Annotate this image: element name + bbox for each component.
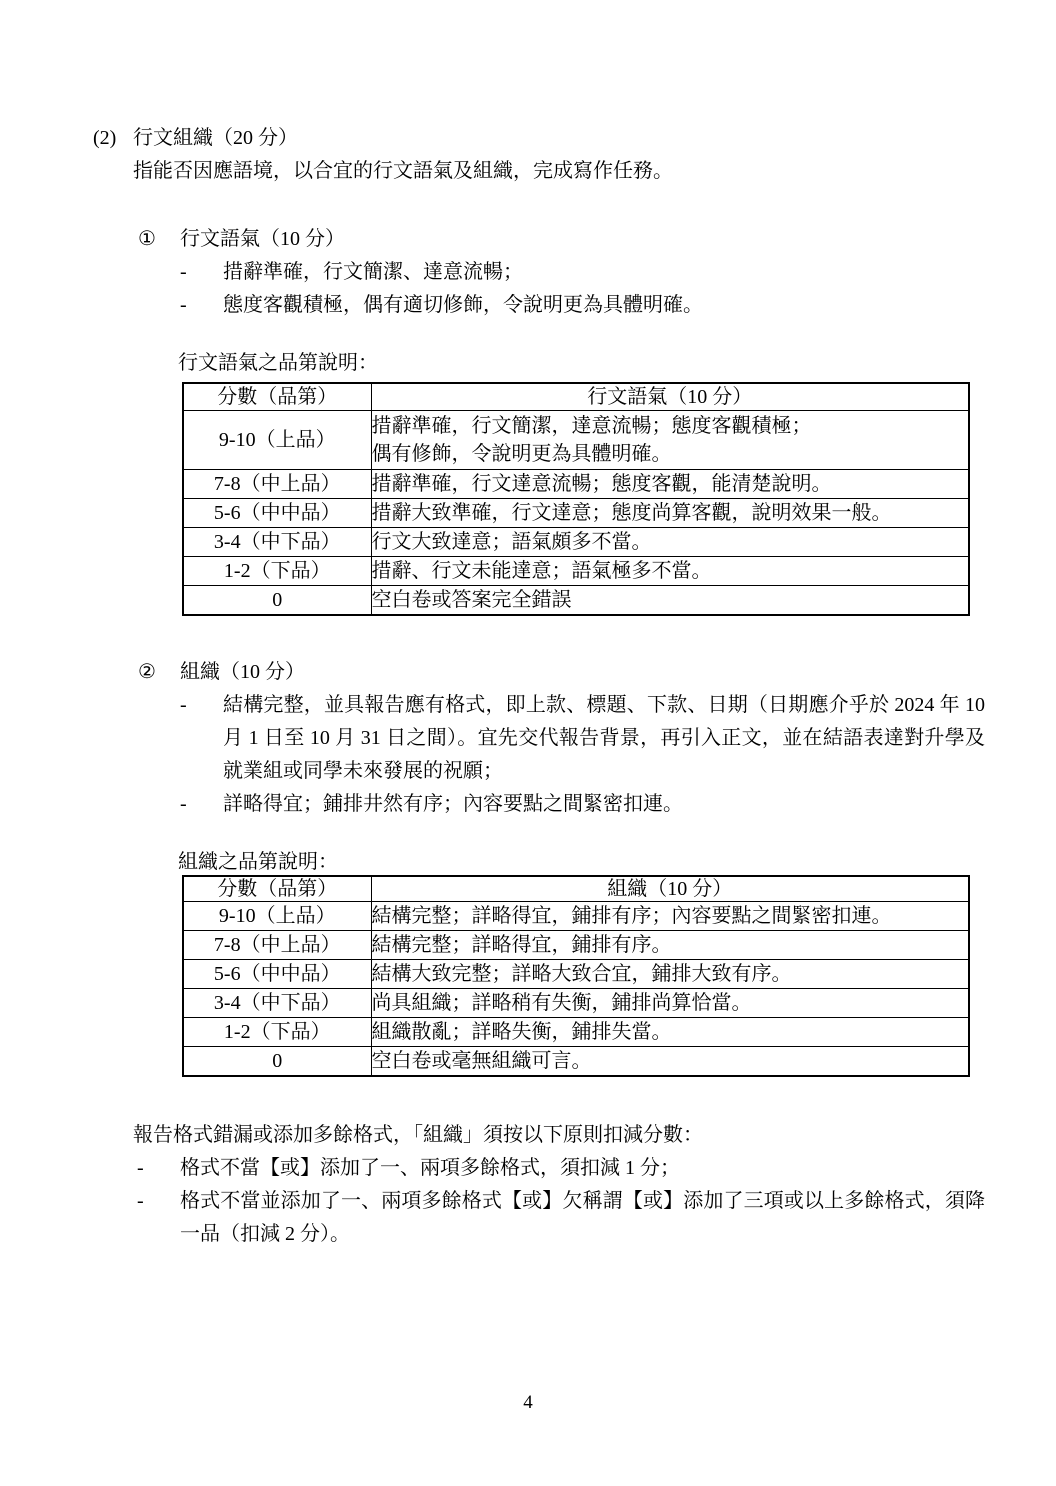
subsection-organization-title: 組織（10 分） bbox=[180, 656, 305, 689]
organization-col1-header: 分數（品第） bbox=[183, 876, 371, 902]
grade-cell: 9-10（上品） bbox=[183, 902, 371, 931]
dash-bullet: - bbox=[180, 689, 223, 722]
organization-bullet-1-text: 結構完整，並具報告應有格式，即上款、標題、下款、日期（日期應介乎於 2024 年… bbox=[223, 689, 985, 788]
desc-cell: 措辭準確，行文達意流暢；態度客觀，能清楚說明。 bbox=[371, 470, 969, 499]
section-label: (2) bbox=[93, 122, 133, 155]
grade-cell: 1-2（下品） bbox=[183, 557, 371, 586]
organization-col2-header: 組織（10 分） bbox=[371, 876, 969, 902]
subsection-tone-title: 行文語氣（10 分） bbox=[180, 223, 345, 256]
table-row: 9-10（上品） 結構完整；詳略得宜，鋪排有序；內容要點之間緊密扣連。 bbox=[183, 902, 969, 931]
tone-bullet-1-text: 措辭準確，行文簡潔、達意流暢； bbox=[223, 256, 985, 289]
table-row: 0 空白卷或毫無組織可言。 bbox=[183, 1047, 969, 1077]
dash-bullet: - bbox=[180, 788, 223, 821]
desc-cell: 措辭準確，行文簡潔，達意流暢；態度客觀積極； 偶有修飾，令說明更為具體明確。 bbox=[371, 411, 969, 470]
tone-bullet-2: - 態度客觀積極，偶有適切修飾，令說明更為具體明確。 bbox=[180, 289, 1056, 322]
tone-rubric-table: 分數（品第） 行文語氣（10 分） 9-10（上品） 措辭準確，行文簡潔，達意流… bbox=[182, 382, 970, 616]
section-intro: 指能否因應語境，以合宜的行文語氣及組織，完成寫作任務。 bbox=[133, 155, 1056, 188]
organization-bullet-1: - 結構完整，並具報告應有格式，即上款、標題、下款、日期（日期應介乎於 2024… bbox=[180, 689, 1056, 788]
tone-bullet-2-text: 態度客觀積極，偶有適切修飾，令說明更為具體明確。 bbox=[223, 289, 985, 322]
tone-table-caption: 行文語氣之品第說明： bbox=[178, 350, 1056, 376]
grade-cell: 5-6（中中品） bbox=[183, 499, 371, 528]
tone-bullet-1: - 措辭準確，行文簡潔、達意流暢； bbox=[180, 256, 1056, 289]
grade-cell: 3-4（中下品） bbox=[183, 989, 371, 1018]
grade-cell: 9-10（上品） bbox=[183, 411, 371, 470]
subsection-tone-label: ① bbox=[138, 223, 180, 256]
table-row: 3-4（中下品） 行文大致達意；語氣頗多不當。 bbox=[183, 528, 969, 557]
tone-col2-header: 行文語氣（10 分） bbox=[371, 383, 969, 411]
grade-cell: 1-2（下品） bbox=[183, 1018, 371, 1047]
table-row: 3-4（中下品） 尚具組織；詳略稍有失衡，鋪排尚算恰當。 bbox=[183, 989, 969, 1018]
dash-bullet: - bbox=[180, 256, 223, 289]
section-heading: (2) 行文組織（20 分） bbox=[93, 122, 1056, 155]
table-row: 1-2（下品） 組織散亂；詳略失衡，鋪排失當。 bbox=[183, 1018, 969, 1047]
table-row: 9-10（上品） 措辭準確，行文簡潔，達意流暢；態度客觀積極； 偶有修飾，令說明… bbox=[183, 411, 969, 470]
desc-cell: 組織散亂；詳略失衡，鋪排失當。 bbox=[371, 1018, 969, 1047]
dash-bullet: - bbox=[137, 1185, 180, 1218]
dash-bullet: - bbox=[137, 1152, 180, 1185]
deduction-bullet-2-text: 格式不當並添加了一、兩項多餘格式【或】欠稱謂【或】添加了三項或以上多餘格式，須降… bbox=[180, 1185, 985, 1251]
table-header-row: 分數（品第） 行文語氣（10 分） bbox=[183, 383, 969, 411]
document-page: (2) 行文組織（20 分） 指能否因應語境，以合宜的行文語氣及組織，完成寫作任… bbox=[0, 0, 1056, 1486]
table-row: 7-8（中上品） 結構完整；詳略得宜，鋪排有序。 bbox=[183, 931, 969, 960]
desc-cell: 措辭大致準確，行文達意；態度尚算客觀，說明效果一般。 bbox=[371, 499, 969, 528]
desc-cell: 結構大致完整；詳略大致合宜，鋪排大致有序。 bbox=[371, 960, 969, 989]
section-title: 行文組織（20 分） bbox=[133, 122, 298, 155]
grade-cell: 7-8（中上品） bbox=[183, 470, 371, 499]
table-row: 7-8（中上品） 措辭準確，行文達意流暢；態度客觀，能清楚說明。 bbox=[183, 470, 969, 499]
grade-cell: 7-8（中上品） bbox=[183, 931, 371, 960]
organization-table-caption: 組織之品第說明： bbox=[178, 849, 1056, 875]
desc-cell: 結構完整；詳略得宜，鋪排有序。 bbox=[371, 931, 969, 960]
grade-cell: 5-6（中中品） bbox=[183, 960, 371, 989]
organization-bullet-2: - 詳略得宜；鋪排井然有序；內容要點之間緊密扣連。 bbox=[180, 788, 1056, 821]
subsection-organization-heading: ② 組織（10 分） bbox=[138, 656, 1056, 689]
dash-bullet: - bbox=[180, 289, 223, 322]
table-row: 5-6（中中品） 措辭大致準確，行文達意；態度尚算客觀，說明效果一般。 bbox=[183, 499, 969, 528]
table-row: 1-2（下品） 措辭、行文未能達意；語氣極多不當。 bbox=[183, 557, 969, 586]
deduction-bullet-2: - 格式不當並添加了一、兩項多餘格式【或】欠稱謂【或】添加了三項或以上多餘格式，… bbox=[137, 1185, 1056, 1251]
desc-cell: 尚具組織；詳略稍有失衡，鋪排尚算恰當。 bbox=[371, 989, 969, 1018]
subsection-organization-label: ② bbox=[138, 656, 180, 689]
grade-cell: 3-4（中下品） bbox=[183, 528, 371, 557]
grade-cell: 0 bbox=[183, 586, 371, 616]
deduction-bullet-1-text: 格式不當【或】添加了一、兩項多餘格式，須扣減 1 分； bbox=[180, 1152, 985, 1185]
table-header-row: 分數（品第） 組織（10 分） bbox=[183, 876, 969, 902]
table-row: 0 空白卷或答案完全錯誤 bbox=[183, 586, 969, 616]
subsection-tone-heading: ① 行文語氣（10 分） bbox=[138, 223, 1056, 256]
table-row: 5-6（中中品） 結構大致完整；詳略大致合宜，鋪排大致有序。 bbox=[183, 960, 969, 989]
desc-cell: 結構完整；詳略得宜，鋪排有序；內容要點之間緊密扣連。 bbox=[371, 902, 969, 931]
desc-cell: 空白卷或毫無組織可言。 bbox=[371, 1047, 969, 1077]
desc-cell: 空白卷或答案完全錯誤 bbox=[371, 586, 969, 616]
grade-cell: 0 bbox=[183, 1047, 371, 1077]
deduction-intro: 報告格式錯漏或添加多餘格式，「組織」須按以下原則扣減分數： bbox=[133, 1119, 1056, 1152]
desc-cell: 措辭、行文未能達意；語氣極多不當。 bbox=[371, 557, 969, 586]
deduction-bullet-1: - 格式不當【或】添加了一、兩項多餘格式，須扣減 1 分； bbox=[137, 1152, 1056, 1185]
desc-cell: 行文大致達意；語氣頗多不當。 bbox=[371, 528, 969, 557]
tone-col1-header: 分數（品第） bbox=[183, 383, 371, 411]
page-number: 4 bbox=[0, 1392, 1056, 1414]
organization-bullet-2-text: 詳略得宜；鋪排井然有序；內容要點之間緊密扣連。 bbox=[223, 788, 985, 821]
organization-rubric-table: 分數（品第） 組織（10 分） 9-10（上品） 結構完整；詳略得宜，鋪排有序；… bbox=[182, 875, 970, 1077]
